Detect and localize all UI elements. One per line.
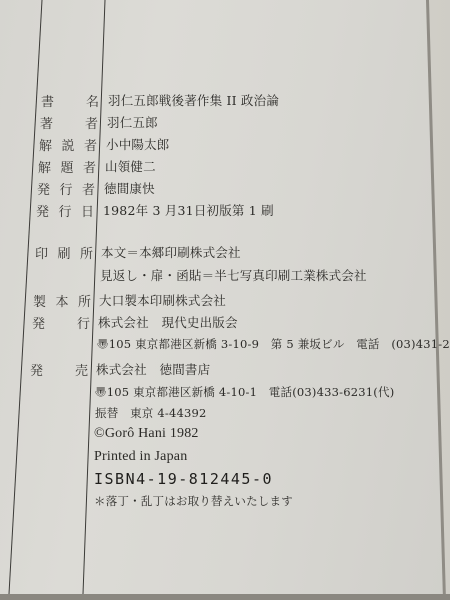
label-char: 題 (60, 157, 73, 176)
label-char: 説 (61, 135, 74, 154)
label-commentator: 解 説 者 (39, 135, 97, 154)
printer-body-text: 本文＝本郷印刷株式会社 (101, 243, 241, 261)
postal-transfer: 振替 東京 4-44392 (95, 405, 207, 421)
commentator-name: 小中陽太郎 (106, 135, 170, 153)
label-char: 日 (81, 201, 94, 220)
replacement-notice: ＊落丁・乱丁はお取り替えいたします (94, 493, 293, 509)
label-char: 本 (55, 291, 68, 310)
label-char: 解 (39, 135, 52, 154)
label-char: 所 (80, 243, 93, 262)
distributor-name: 株式会社 徳間書店 (96, 360, 210, 378)
issuer-name: 徳間康快 (104, 179, 155, 197)
isbn: ISBN4-19-812445-0 (94, 470, 273, 488)
label-distributor: 発 売 (30, 360, 88, 379)
label-char: 発 (37, 179, 50, 198)
binder-name: 大口製本印刷株式会社 (99, 291, 226, 309)
label-char: 刷 (57, 243, 70, 262)
label-char: 行 (77, 313, 90, 332)
author-name: 羽仁五郎 (107, 113, 158, 131)
label-char: 者 (85, 113, 98, 132)
label-annotator: 解 題 者 (38, 157, 96, 176)
label-publisher: 発 行 (32, 313, 90, 332)
copyright: ©Gorô Hani 1982 (94, 426, 199, 442)
label-char: 発 (30, 360, 43, 379)
label-issue-date: 発 行 日 (36, 201, 94, 220)
label-char: 名 (86, 91, 99, 110)
label-printer: 印 刷 所 (35, 243, 93, 262)
label-char: 所 (78, 291, 91, 310)
label-char: 売 (75, 360, 88, 379)
book-title: 羽仁五郎戦後著作集 II 政治論 (108, 91, 279, 109)
label-char: 製 (33, 291, 46, 310)
label-author: 著 者 (40, 113, 98, 132)
label-binder: 製 本 所 (33, 291, 91, 310)
label-char: 書 (41, 91, 54, 110)
label-char: 者 (84, 135, 97, 154)
bottom-strip (0, 594, 450, 600)
label-char: 者 (83, 157, 96, 176)
printer-endpapers: 見返し・扉・函貼＝半七写真印刷工業株式会社 (100, 266, 367, 284)
label-char: 者 (82, 179, 95, 198)
label-char: 行 (58, 201, 71, 220)
label-issuer: 発 行 者 (37, 179, 95, 198)
issue-date: 1982年 3 月31日初版第 1 刷 (103, 201, 274, 219)
label-char: 著 (40, 113, 53, 132)
label-char: 印 (35, 243, 48, 262)
label-char: 行 (59, 179, 72, 198)
distributor-address: 〠105 東京都港区新橋 4-10-1 電話(03)433-6231(代) (95, 384, 394, 400)
publisher-address: 〠105 東京都港区新橋 3-10-9 第 5 兼坂ビル 電話 (03)431-… (97, 336, 450, 352)
label-char: 発 (36, 201, 49, 220)
label-char: 発 (32, 313, 45, 332)
publisher-name: 株式会社 現代史出版会 (98, 313, 238, 331)
label-char: 解 (38, 157, 51, 176)
printed-in: Printed in Japan (94, 449, 187, 465)
annotator-name: 山領健二 (105, 157, 156, 175)
label-title: 書 名 (41, 91, 99, 110)
